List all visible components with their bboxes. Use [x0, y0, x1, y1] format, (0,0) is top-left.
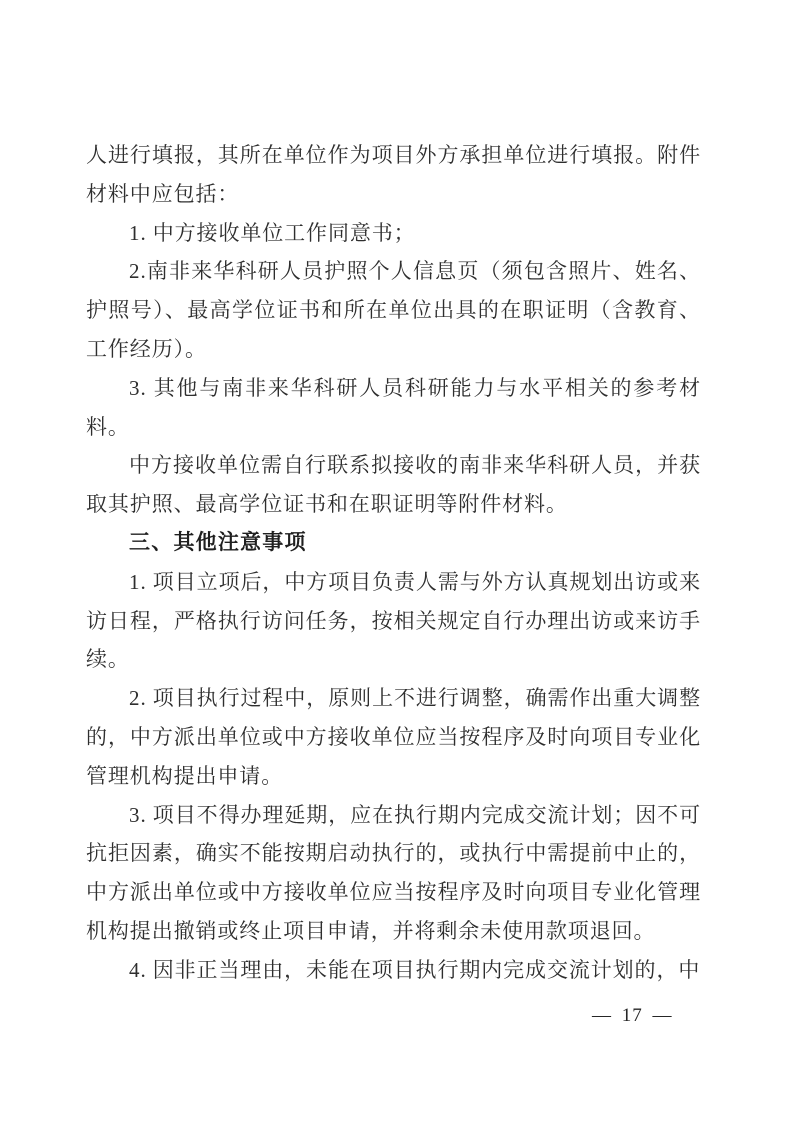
attachment-list-item-3: 3. 其他与南非来华科研人员科研能力与水平相关的参考材料。 [86, 369, 701, 447]
page-number: — 17 — [592, 1001, 673, 1031]
note-item-2: 2. 项目执行过程中，原则上不进行调整，确需作出重大调整的，中方派出单位或中方接… [86, 679, 701, 795]
paragraph-receiving-unit-note: 中方接收单位需自行联系拟接收的南非来华科研人员，并获取其护照、最高学位证书和在职… [86, 446, 701, 524]
paragraph-continuation: 人进行填报，其所在单位作为项目外方承担单位进行填报。附件材料中应包括： [86, 136, 701, 214]
section-heading-other-notes: 三、其他注意事项 [86, 524, 701, 563]
document-page: { "doc": { "paragraphs": [ { "text": "人进… [0, 0, 794, 1123]
note-item-3: 3. 项目不得办理延期，应在执行期内完成交流计划；因不可抗拒因素，确实不能按期启… [86, 796, 701, 951]
attachment-list-item-1: 1. 中方接收单位工作同意书； [86, 214, 701, 253]
note-item-1: 1. 项目立项后，中方项目负责人需与外方认真规划出访或来访日程，严格执行访问任务… [86, 563, 701, 679]
note-item-4-partial: 4. 因非正当理由，未能在项目执行期内完成交流计划的，中 [86, 951, 701, 990]
attachment-list-item-2: 2.南非来华科研人员护照个人信息页（须包含照片、姓名、护照号）、最高学位证书和所… [86, 252, 701, 368]
page-body: 人进行填报，其所在单位作为项目外方承担单位进行填报。附件材料中应包括： 1. 中… [86, 136, 701, 990]
